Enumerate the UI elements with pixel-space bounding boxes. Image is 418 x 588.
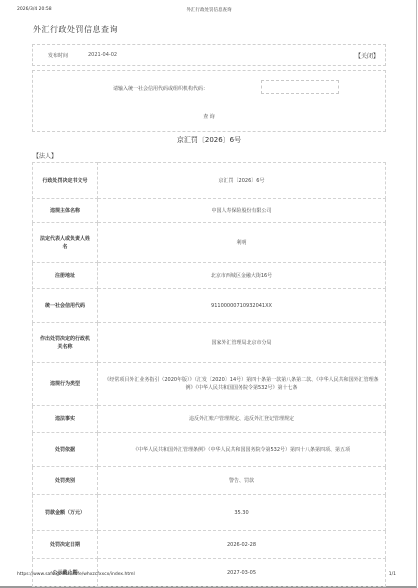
- field-label: 处罚类别: [33, 467, 98, 495]
- field-value: 2027-03-05: [98, 559, 386, 587]
- field-label: 罚款金额（万元）: [33, 495, 98, 531]
- print-header-title: 外汇行政处罚信息查询: [0, 7, 418, 13]
- field-value: 利明: [98, 223, 386, 263]
- print-footer-url: https://www.safe.gov.cn/safe/whxzcfxxcx/…: [17, 572, 135, 577]
- field-value: 国家外汇管理局北京市分局: [98, 323, 386, 363]
- field-label: 行政处罚决定书文号: [33, 163, 98, 199]
- close-button[interactable]: 【关闭】: [355, 51, 379, 60]
- field-label: 注册地址: [33, 263, 98, 289]
- search-prompt-label: 请输入统一社会信用代码或组织机构代码：: [113, 85, 208, 92]
- field-value: 北京市西城区金融大街16号: [98, 263, 386, 289]
- table-row: 处罚决定日期 2026-02-28: [33, 531, 386, 559]
- search-button[interactable]: 查 询: [33, 112, 385, 121]
- table-row: 统一社会信用代码 91100000710932041XX: [33, 289, 386, 323]
- field-label: 违法事实: [33, 406, 98, 433]
- publish-date-bar: 发布时间 2021-04-02 【关闭】: [32, 44, 386, 66]
- field-value: 中国人寿保险股份有限公司: [98, 199, 386, 223]
- table-row: 处罚类别 警告、罚款: [33, 467, 386, 495]
- entity-type-tag: 【法人】: [33, 151, 57, 160]
- field-label: 统一社会信用代码: [33, 289, 98, 323]
- table-row: 违规主体名称 中国人寿保险股份有限公司: [33, 199, 386, 223]
- publish-date-value: 2021-04-02: [88, 52, 117, 58]
- field-label: 违规行为类型: [33, 363, 98, 406]
- field-value: 违反外汇账户管理规定、违反外汇登记管理规定: [98, 406, 386, 433]
- print-footer-page-number: 1/1: [389, 572, 396, 577]
- field-value: 京汇罚〔2026〕6号: [98, 163, 386, 199]
- penalty-info-table: 行政处罚决定书文号 京汇罚〔2026〕6号 违规主体名称 中国人寿保险股份有限公…: [32, 162, 386, 587]
- field-value: 91100000710932041XX: [98, 289, 386, 323]
- decision-number-title: 京汇罚〔2026〕6号: [0, 135, 418, 145]
- table-row: 法定代表人或负责人姓名 利明: [33, 223, 386, 263]
- field-value: 35.30: [98, 495, 386, 531]
- table-row: 违法事实 违反外汇账户管理规定、违反外汇登记管理规定: [33, 406, 386, 433]
- field-label: 处罚决定日期: [33, 531, 98, 559]
- field-value: 2026-02-28: [98, 531, 386, 559]
- table-row: 罚款金额（万元） 35.30: [33, 495, 386, 531]
- table-row: 违规行为类型 《经常项目外汇业务指引（2020年版）》（汇发〔2020〕14号）…: [33, 363, 386, 406]
- field-value: 《经常项目外汇业务指引（2020年版）》（汇发〔2020〕14号）第四十条第一款…: [98, 363, 386, 406]
- search-panel: 请输入统一社会信用代码或组织机构代码： 查 询: [32, 70, 386, 132]
- table-row: 行政处罚决定书文号 京汇罚〔2026〕6号: [33, 163, 386, 199]
- publish-date-label: 发布时间: [48, 52, 68, 59]
- page-title: 外汇行政处罚信息查询: [33, 24, 118, 35]
- field-label: 处罚依据: [33, 433, 98, 467]
- field-label: 作出处罚决定的行政机关名称: [33, 323, 98, 363]
- table-row: 处罚依据 《中华人民共和国外汇管理条例》（中华人民共和国国务院令第532号）第四…: [33, 433, 386, 467]
- table-row: 注册地址 北京市西城区金融大街16号: [33, 263, 386, 289]
- field-label: 法定代表人或负责人姓名: [33, 223, 98, 263]
- field-value: 警告、罚款: [98, 467, 386, 495]
- field-value: 《中华人民共和国外汇管理条例》（中华人民共和国国务院令第532号）第四十八条第四…: [98, 433, 386, 467]
- table-row: 作出处罚决定的行政机关名称 国家外汇管理局北京市分局: [33, 323, 386, 363]
- credit-code-search-input[interactable]: [261, 80, 339, 94]
- field-label: 违规主体名称: [33, 199, 98, 223]
